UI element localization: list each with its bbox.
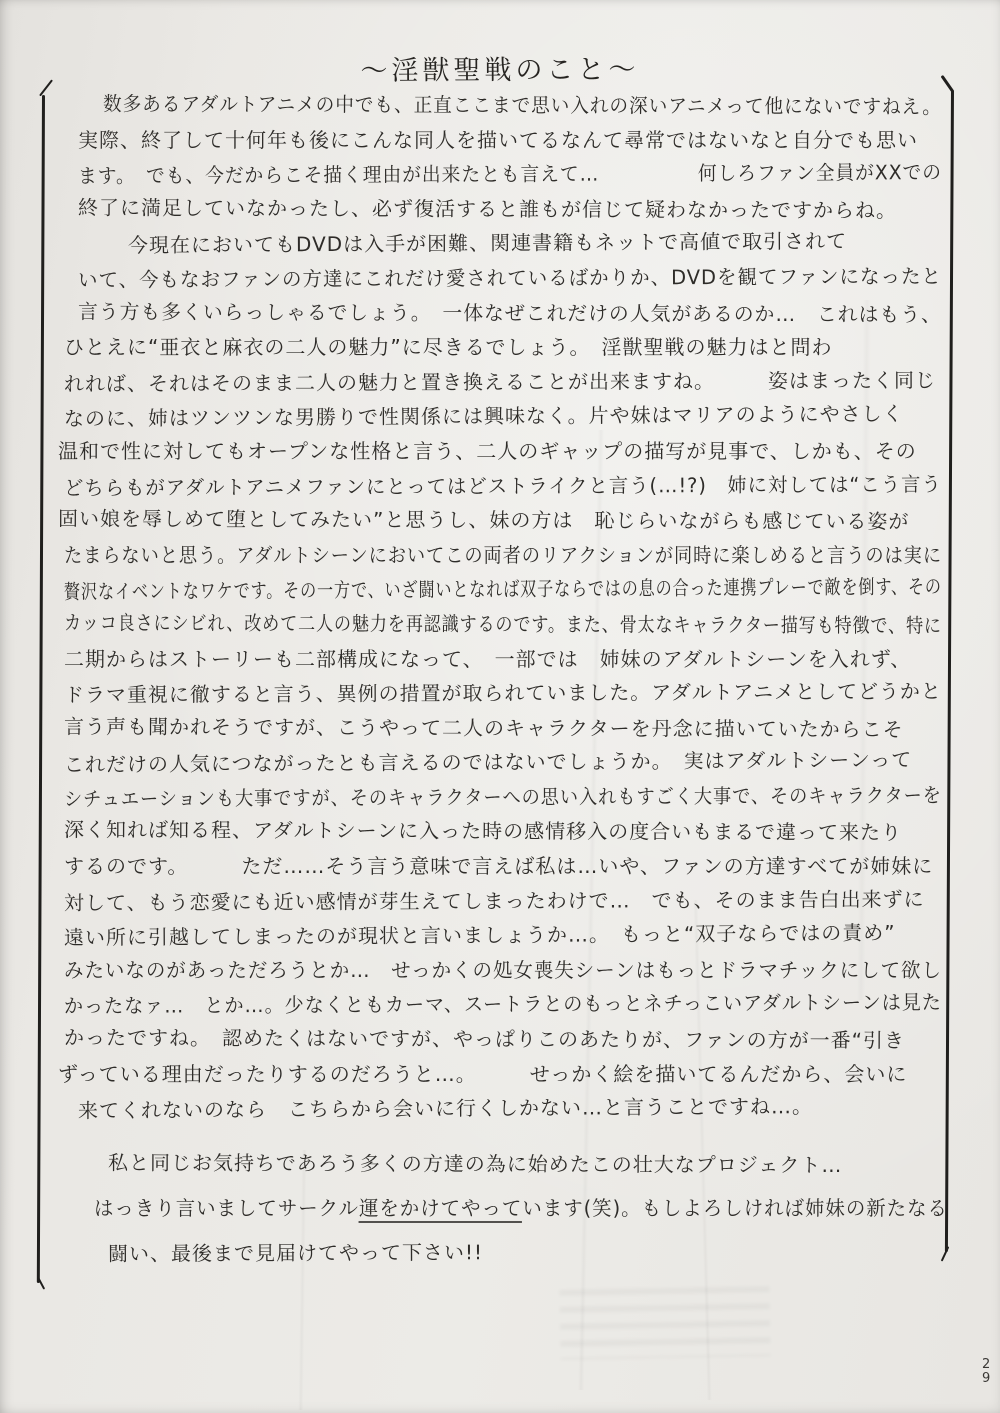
handwritten-line: 温和で性に対してもオープンな性格と言う、二人のギャップの描写が見事で、しかも、そ… — [58, 434, 942, 469]
handwritten-line: するのです。 ただ……そう言う意味で言えば私は…いや、ファンの方達すべてが姉妹に — [58, 849, 942, 884]
handwritten-line: ひとえに“亜衣と麻衣の二人の魅力”に尽きるでしょう。 淫獣聖戦の魅力はと問わ — [58, 330, 942, 365]
handwritten-line: 実際、終了して十何年も後にこんな同人を描いてるなんて尋常ではないなと自分でも思い — [58, 123, 942, 158]
handwritten-line: 対して、もう恋愛にも近い感情が芽生えてしまったわけで… でも、そのまま告白出来ず… — [58, 882, 942, 920]
handwritten-line: ずっている理由だったりするのだろうと…。 せっかく絵を描いてるんだから、会いに — [58, 1057, 942, 1092]
handwritten-line: 闘い、最後まで見届けてやって下さい!! — [88, 1228, 948, 1276]
page-title: 〜淫獣聖戦のこと〜 — [0, 45, 1000, 89]
handwritten-line: ドラマ重視に徹すると言う、異例の措置が取られていました。アダルトアニメとしてどう… — [58, 674, 942, 712]
handwritten-line: なのに、姉はツンツンな男勝りで性関係には興味なく。片や妹はマリアのようにやさしく — [58, 397, 942, 437]
handwritten-line: はっきり言いましてサークル運をかけてやっています(笑)。もしよろしければ姉妹の新… — [88, 1186, 948, 1230]
closing-paragraph: 私と同じお気持ちであろう多くの方達の為に始めたこの壮大なプロジェクト… はっきり… — [88, 1142, 948, 1274]
handwritten-line: いて、今もなおファンの方達にこれだけ愛されているばかりか、DVDを観てファンにな… — [58, 259, 942, 297]
handwritten-line: 贅沢なイベントなワケです。その一方で、いざ闘いとなれば双子ならではの息の合った連… — [58, 570, 942, 610]
ink-bleedthrough — [559, 1286, 770, 1360]
body-text: 数多あるアダルトアニメの中でも、正直ここまで思い入れの深いアニメって他にないです… — [58, 88, 942, 1126]
handwritten-line: 言う方も多くいらっしゃるでしょう。 一体なぜこれだけの人気があるのか… これはも… — [58, 294, 942, 332]
handwritten-line: 今現在においてもDVDは入手が困難、関連書籍もネットで高値で取引されて — [58, 224, 942, 264]
underlined-phrase: 運をかけてやって — [359, 1196, 522, 1223]
handwritten-line: シチュエーションも大事ですが、そのキャラクターへの思い入れもすごく大事で、そのキ… — [58, 778, 942, 816]
handwritten-line: 終了に満足していなかったし、必ず復活すると誰もが信じて疑わなかったですからね。 — [58, 190, 942, 228]
left-margin-rule-hook — [37, 1276, 46, 1289]
handwritten-line: みたいなのがあっただろうとか… せっかくの処女喪失シーンはもっとドラマチックにし… — [58, 953, 942, 988]
handwritten-line: れれば、それはそのまま二人の魅力と置き換えることが出来ますね。 姿はまったく同じ — [58, 363, 942, 401]
handwritten-line: ます。 でも、今だからこそ描く理由が出来たとも言えて… 何しろファン全員がXXで… — [58, 155, 942, 193]
handwritten-line: 言う声も聞かれそうですが、こうやって二人のキャラクターを丹念に描いていたからこそ — [58, 709, 942, 747]
page-title-text: 〜淫獣聖戦のこと〜 — [360, 54, 639, 86]
handwritten-line: 数多あるアダルトアニメの中でも、正直ここまで思い入れの深いアニメって他にないです… — [58, 86, 942, 124]
handwritten-line: カッコ良さにシビれ、改めて二人の魅力を再認識するのです。また、骨太なキャラクター… — [58, 605, 942, 643]
handwritten-line: かったですね。 認めたくはないですが、やっぱりこのあたりが、ファンの方が一番“引… — [58, 1020, 942, 1058]
left-margin-rule — [37, 95, 45, 1283]
handwritten-line: 私と同じお気持ちであろう多くの方達の為に始めたこの壮大なプロジェクト… — [88, 1140, 948, 1187]
handwritten-line: かったなァ… とか…。少なくともカーマ、スートラとのもっとネチっこいアダルトシー… — [58, 986, 942, 1024]
handwritten-line: 固い娘を辱しめて堕としてみたい”と思うし、妹の方は 恥じらいながらも感じている姿… — [58, 502, 942, 540]
handwritten-line: どちらもがアダルトアニメファンにとってはどストライクと言う(…!?) 姉に対して… — [58, 467, 942, 505]
handwritten-line: 来てくれないのなら こちらから会いに行くしかない…と言うことですね…。 — [58, 1089, 942, 1129]
handwritten-line: 深く知れば知る程、アダルトシーンに入った時の感情移入の度合いもまるで違って来たり — [58, 813, 942, 851]
page-number: 2 9 — [982, 1358, 990, 1386]
handwritten-line: 二期からはストーリーも二部構成になって、 一部では 姉妹のアダルトシーンを入れず… — [58, 642, 942, 677]
handwritten-line: 遠い所に引越してしまったのが現状と言いましょうか…。 もっと“双子ならではの責め… — [58, 916, 942, 956]
handwritten-line: これだけの人気につながったとも言えるのではないでしょうか。 実はアダルトシーンっ… — [58, 743, 942, 783]
handwritten-line: たまらないと思う。アダルトシーンにおいてこの両者のリアクションが同時に楽しめると… — [58, 538, 942, 573]
scanned-page: 〜淫獣聖戦のこと〜 数多あるアダルトアニメの中でも、正直ここまで思い入れの深いア… — [0, 0, 1000, 1413]
